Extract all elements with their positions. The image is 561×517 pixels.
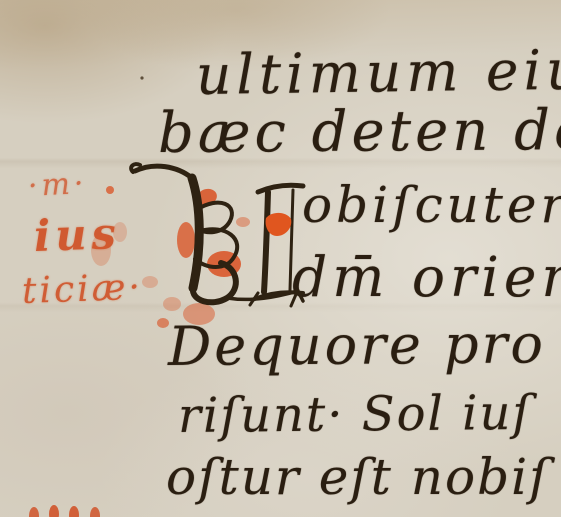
ink-speck — [140, 76, 143, 79]
text-line-1: ultimum eiu — [196, 43, 561, 103]
text-line-6: riſunt· Sol iuſ — [178, 389, 533, 440]
manuscript-photo: ·m· ius ticiæ· ultimum eiu bæc deten der… — [0, 0, 561, 517]
decorated-initial — [131, 164, 303, 302]
margin-fragment-marks — [29, 505, 100, 517]
margin-rubric-line-2: ius — [33, 213, 121, 259]
text-line-3: obiſcuter — [302, 180, 561, 230]
text-line-7: oſtur eſt nobiſ — [166, 452, 550, 502]
margin-rubric-line-1: ·m· — [27, 169, 88, 202]
text-line-2: bæc deten der — [158, 103, 561, 162]
text-line-5: Dequore pro l — [168, 317, 561, 374]
text-line-4: dm̄ orien — [292, 250, 561, 305]
margin-rubric-line-3: ticiæ· — [21, 270, 143, 310]
